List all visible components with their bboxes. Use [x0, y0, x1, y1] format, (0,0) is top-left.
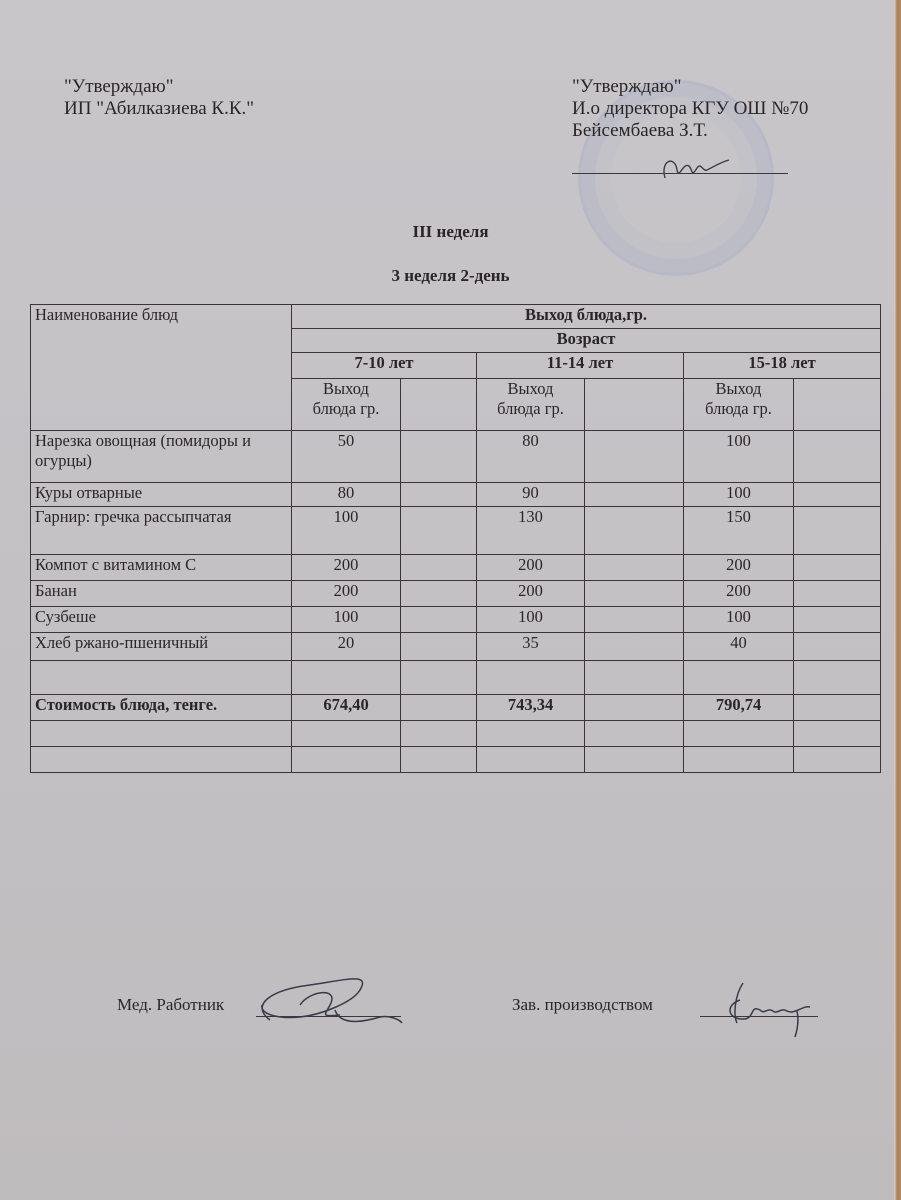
- empty-cell: [401, 483, 477, 507]
- empty-cell: [401, 555, 477, 581]
- empty-cell: [794, 581, 881, 607]
- yield-value: 100: [684, 431, 794, 483]
- cost-15-18: 790,74: [684, 695, 794, 721]
- table-row: Нарезка овощная (помидоры и огурцы)50801…: [31, 431, 881, 483]
- approval-right: "Утверждаю" И.о директора КГУ ОШ №70 Бей…: [572, 76, 808, 142]
- yield-value: 100: [477, 607, 585, 633]
- sub-header-11-14: Выходблюда гр.: [477, 379, 585, 431]
- empty-cell: [585, 607, 684, 633]
- yield-value: 20: [292, 633, 401, 661]
- empty-cell: [585, 483, 684, 507]
- empty-cell: [585, 555, 684, 581]
- week-title: III неделя: [0, 222, 901, 242]
- empty-cell: [585, 507, 684, 555]
- sub-header-15-18: Выходблюда гр.: [684, 379, 794, 431]
- empty-cell: [794, 555, 881, 581]
- table-row: Компот с витамином С200200200: [31, 555, 881, 581]
- cost-7-10: 674,40: [292, 695, 401, 721]
- yield-value: 80: [292, 483, 401, 507]
- day-subtitle: 3 неделя 2-день: [0, 266, 901, 286]
- age-group-7-10: 7-10 лет: [292, 353, 477, 379]
- empty-cell: [794, 633, 881, 661]
- dish-header: Наименование блюд: [31, 305, 292, 431]
- dish-name: Куры отварные: [31, 483, 292, 507]
- cost-11-14: 743,34: [477, 695, 585, 721]
- empty-cell: [401, 695, 477, 721]
- empty-cell: [794, 607, 881, 633]
- empty-cell: [585, 581, 684, 607]
- menu-table: Наименование блюд Выход блюда,гр. Возрас…: [30, 304, 881, 773]
- yield-value: 130: [477, 507, 585, 555]
- empty-cell: [794, 483, 881, 507]
- empty-row: [31, 747, 881, 773]
- dish-name: Компот с витамином С: [31, 555, 292, 581]
- empty-cell: [585, 431, 684, 483]
- cost-label: Стоимость блюда, тенге.: [31, 695, 292, 721]
- sub-header-7-10: Выходблюда гр.: [292, 379, 401, 431]
- table-row: Хлеб ржано-пшеничный203540: [31, 633, 881, 661]
- yield-header: Выход блюда,гр.: [292, 305, 881, 329]
- yield-value: 200: [477, 581, 585, 607]
- empty-cell: [401, 507, 477, 555]
- yield-value: 35: [477, 633, 585, 661]
- director-signature: [655, 150, 735, 190]
- spacer-row: [31, 661, 881, 695]
- dish-name: Нарезка овощная (помидоры и огурцы): [31, 431, 292, 483]
- yield-value: 200: [292, 581, 401, 607]
- dish-name: Гарнир: гречка рассыпчатая: [31, 507, 292, 555]
- menu-rows: Нарезка овощная (помидоры и огурцы)50801…: [31, 431, 881, 661]
- yield-value: 200: [292, 555, 401, 581]
- yield-value: 50: [292, 431, 401, 483]
- empty-cell: [401, 607, 477, 633]
- approval-left: "Утверждаю" ИП "Абилказиева К.К.": [64, 76, 254, 120]
- age-group-11-14: 11-14 лет: [477, 353, 684, 379]
- yield-value: 200: [684, 555, 794, 581]
- yield-value: 150: [684, 507, 794, 555]
- medic-signature: [240, 965, 410, 1040]
- page-edge: [894, 0, 901, 1200]
- yield-value: 200: [684, 581, 794, 607]
- approval-left-org: ИП "Абилказиева К.К.": [64, 98, 254, 120]
- production-head-label: Зав. производством: [512, 995, 653, 1015]
- header-row-yield: Наименование блюд Выход блюда,гр.: [31, 305, 881, 329]
- empty-cell: [794, 695, 881, 721]
- cost-row: Стоимость блюда, тенге. 674,40 743,34 79…: [31, 695, 881, 721]
- empty-cell: [401, 581, 477, 607]
- approval-right-position: И.о директора КГУ ОШ №70: [572, 98, 808, 120]
- yield-value: 100: [684, 607, 794, 633]
- empty-cell: [794, 431, 881, 483]
- approval-right-title: "Утверждаю": [572, 76, 808, 98]
- production-signature: [715, 975, 815, 1040]
- empty-cell: [585, 633, 684, 661]
- dish-name: Банан: [31, 581, 292, 607]
- medic-label: Мед. Работник: [117, 995, 224, 1015]
- empty-cell: [401, 431, 477, 483]
- table-row: Сузбеше100100100: [31, 607, 881, 633]
- age-header: Возраст: [292, 329, 881, 353]
- yield-value: 40: [684, 633, 794, 661]
- dish-name: Сузбеше: [31, 607, 292, 633]
- yield-value: 100: [292, 607, 401, 633]
- table-row: Банан200200200: [31, 581, 881, 607]
- approval-right-name: Бейсембаева З.Т.: [572, 120, 808, 142]
- yield-value: 100: [684, 483, 794, 507]
- empty-cell: [794, 507, 881, 555]
- table-row: Гарнир: гречка рассыпчатая100130150: [31, 507, 881, 555]
- empty-cell: [401, 379, 477, 431]
- table-row: Куры отварные8090100: [31, 483, 881, 507]
- empty-cell: [794, 379, 881, 431]
- yield-value: 90: [477, 483, 585, 507]
- empty-row: [31, 721, 881, 747]
- empty-cell: [585, 695, 684, 721]
- yield-value: 80: [477, 431, 585, 483]
- empty-cell: [585, 379, 684, 431]
- yield-value: 200: [477, 555, 585, 581]
- dish-name: Хлеб ржано-пшеничный: [31, 633, 292, 661]
- approval-left-title: "Утверждаю": [64, 76, 254, 98]
- age-group-15-18: 15-18 лет: [684, 353, 881, 379]
- yield-value: 100: [292, 507, 401, 555]
- empty-cell: [401, 633, 477, 661]
